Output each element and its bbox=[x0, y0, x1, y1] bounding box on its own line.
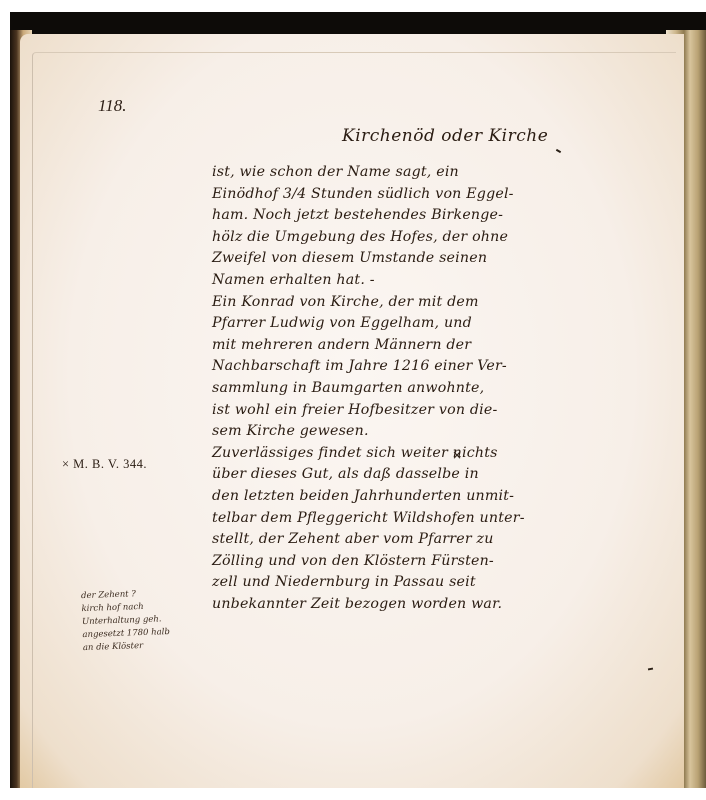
ink-speck bbox=[648, 668, 653, 671]
margin-reference: × M. B. V. 344. bbox=[62, 457, 147, 472]
section-heading: Kirchenöd oder Kirche bbox=[342, 126, 548, 146]
text-line: Zweifel von diesem Umstande seinen bbox=[212, 248, 652, 270]
ink-speck bbox=[556, 149, 561, 153]
text-line: stellt, der Zehent aber vom Pfarrer zu bbox=[212, 529, 652, 551]
footnote-marker: × bbox=[452, 448, 462, 462]
text-line: telbar dem Pfleggericht Wildshofen unter… bbox=[212, 508, 652, 530]
text-line: Zölling und von den Klöstern Fürsten- bbox=[212, 551, 652, 573]
text-line: Einödhof 3/4 Stunden südlich von Eggel- bbox=[212, 184, 652, 206]
text-line: sem Kirche gewesen. bbox=[212, 421, 652, 443]
text-line: Pfarrer Ludwig von Eggelham, und bbox=[212, 313, 652, 335]
text-line: den letzten beiden Jahrhunderten unmit- bbox=[212, 486, 652, 508]
text-line: Nachbarschaft im Jahre 1216 einer Ver- bbox=[212, 356, 652, 378]
text-line: zell und Niedernburg in Passau seit bbox=[212, 572, 652, 594]
text-line: sammlung in Baumgarten anwohnte, bbox=[212, 378, 652, 400]
text-line: über dieses Gut, als daß dasselbe in bbox=[212, 464, 652, 486]
text-line: ist wohl ein freier Hofbesitzer von die- bbox=[212, 400, 652, 422]
text-line: hölz die Umgebung des Hofes, der ohne bbox=[212, 227, 652, 249]
text-line: ist, wie schon der Name sagt, ein bbox=[212, 162, 652, 184]
text-line: mit mehreren andern Männern der bbox=[212, 335, 652, 357]
text-line: unbekannter Zeit bezogen worden war. bbox=[212, 594, 652, 616]
body-text: ist, wie schon der Name sagt, ein Einödh… bbox=[212, 162, 652, 615]
margin-note: der Zehent ? kirch hof nach Unterhaltung… bbox=[81, 586, 203, 655]
text-line: ham. Noch jetzt bestehendes Birkenge- bbox=[212, 205, 652, 227]
text-line: Namen erhalten hat. - bbox=[212, 270, 652, 292]
text-line: Ein Konrad von Kirche, der mit dem bbox=[212, 292, 652, 314]
text-line: Zuverlässiges findet sich weiter nichts bbox=[212, 443, 652, 465]
page-number: 118. bbox=[98, 96, 127, 116]
